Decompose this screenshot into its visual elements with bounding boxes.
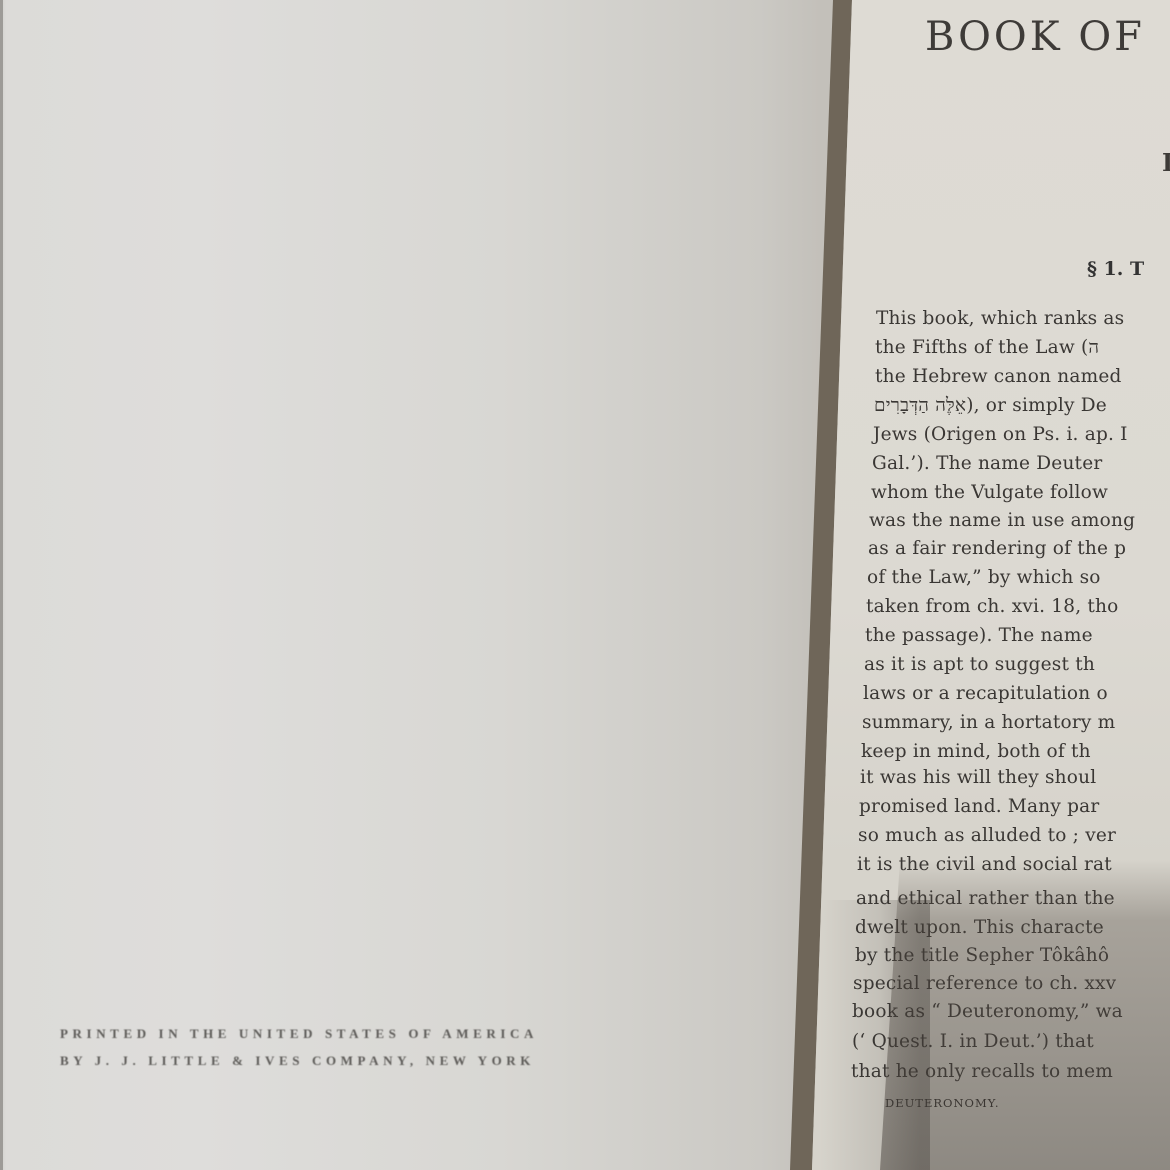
- text-line: book as “ Deuteronomy,” wa: [852, 1000, 1123, 1024]
- text-line: the Fifths of the Law (ה: [875, 336, 1099, 360]
- text-line: (‘ Quest. I. in Deut.’) that: [852, 1030, 1094, 1054]
- running-footer: DEUTERONOMY.: [885, 1096, 1000, 1110]
- text-line: of the Law,” by which so: [867, 566, 1101, 590]
- section-heading: § 1. T: [1087, 258, 1144, 280]
- text-line: as a fair rendering of the p: [868, 537, 1126, 561]
- text-line: and ethical rather than the: [856, 887, 1115, 911]
- text-line: laws or a recapitulation o: [863, 682, 1108, 706]
- text-line: the Hebrew canon named: [875, 365, 1122, 389]
- imprint-line-2: BY J. J. LITTLE & IVES COMPANY, NEW YORK: [60, 1047, 538, 1074]
- text-line: keep in mind, both of th: [861, 740, 1091, 764]
- chapter-heading-fragment: I: [1162, 148, 1170, 177]
- text-line: it was his will they shoul: [860, 766, 1096, 790]
- text-line: that he only recalls to mem: [851, 1060, 1113, 1084]
- text-line: promised land. Many par: [859, 795, 1099, 819]
- page-title: BOOK OF: [925, 14, 1145, 60]
- text-line: special reference to ch. xxv: [853, 972, 1116, 996]
- text-line: the passage). The name: [865, 624, 1093, 648]
- left-page-edge: [0, 0, 3, 1170]
- text-line: it is the civil and social rat: [857, 853, 1112, 877]
- text-line: whom the Vulgate follow: [871, 481, 1108, 505]
- open-book-spread: PRINTED IN THE UNITED STATES OF AMERICA …: [0, 0, 1170, 1170]
- text-line: as it is apt to suggest th: [864, 653, 1095, 677]
- text-line: taken from ch. xvi. 18, tho: [866, 595, 1118, 619]
- left-page: PRINTED IN THE UNITED STATES OF AMERICA …: [0, 0, 860, 1170]
- text-line: אֵלֶּה הַדְּבָרִים), or simply De: [874, 394, 1107, 418]
- text-line: by the title Sepher Tôkâhô: [855, 944, 1109, 968]
- imprint-line-1: PRINTED IN THE UNITED STATES OF AMERICA: [60, 1020, 538, 1047]
- printer-imprint: PRINTED IN THE UNITED STATES OF AMERICA …: [60, 1020, 538, 1074]
- text-line: was the name in use among: [869, 509, 1135, 533]
- text-line: This book, which ranks as: [876, 307, 1124, 331]
- text-line: dwelt upon. This characte: [855, 916, 1104, 940]
- text-line: Jews (Origen on Ps. i. ap. I: [873, 423, 1128, 447]
- text-line: Gal.’). The name Deuter: [872, 452, 1102, 476]
- text-line: summary, in a hortatory m: [862, 711, 1115, 735]
- text-line: so much as alluded to ; ver: [858, 824, 1116, 848]
